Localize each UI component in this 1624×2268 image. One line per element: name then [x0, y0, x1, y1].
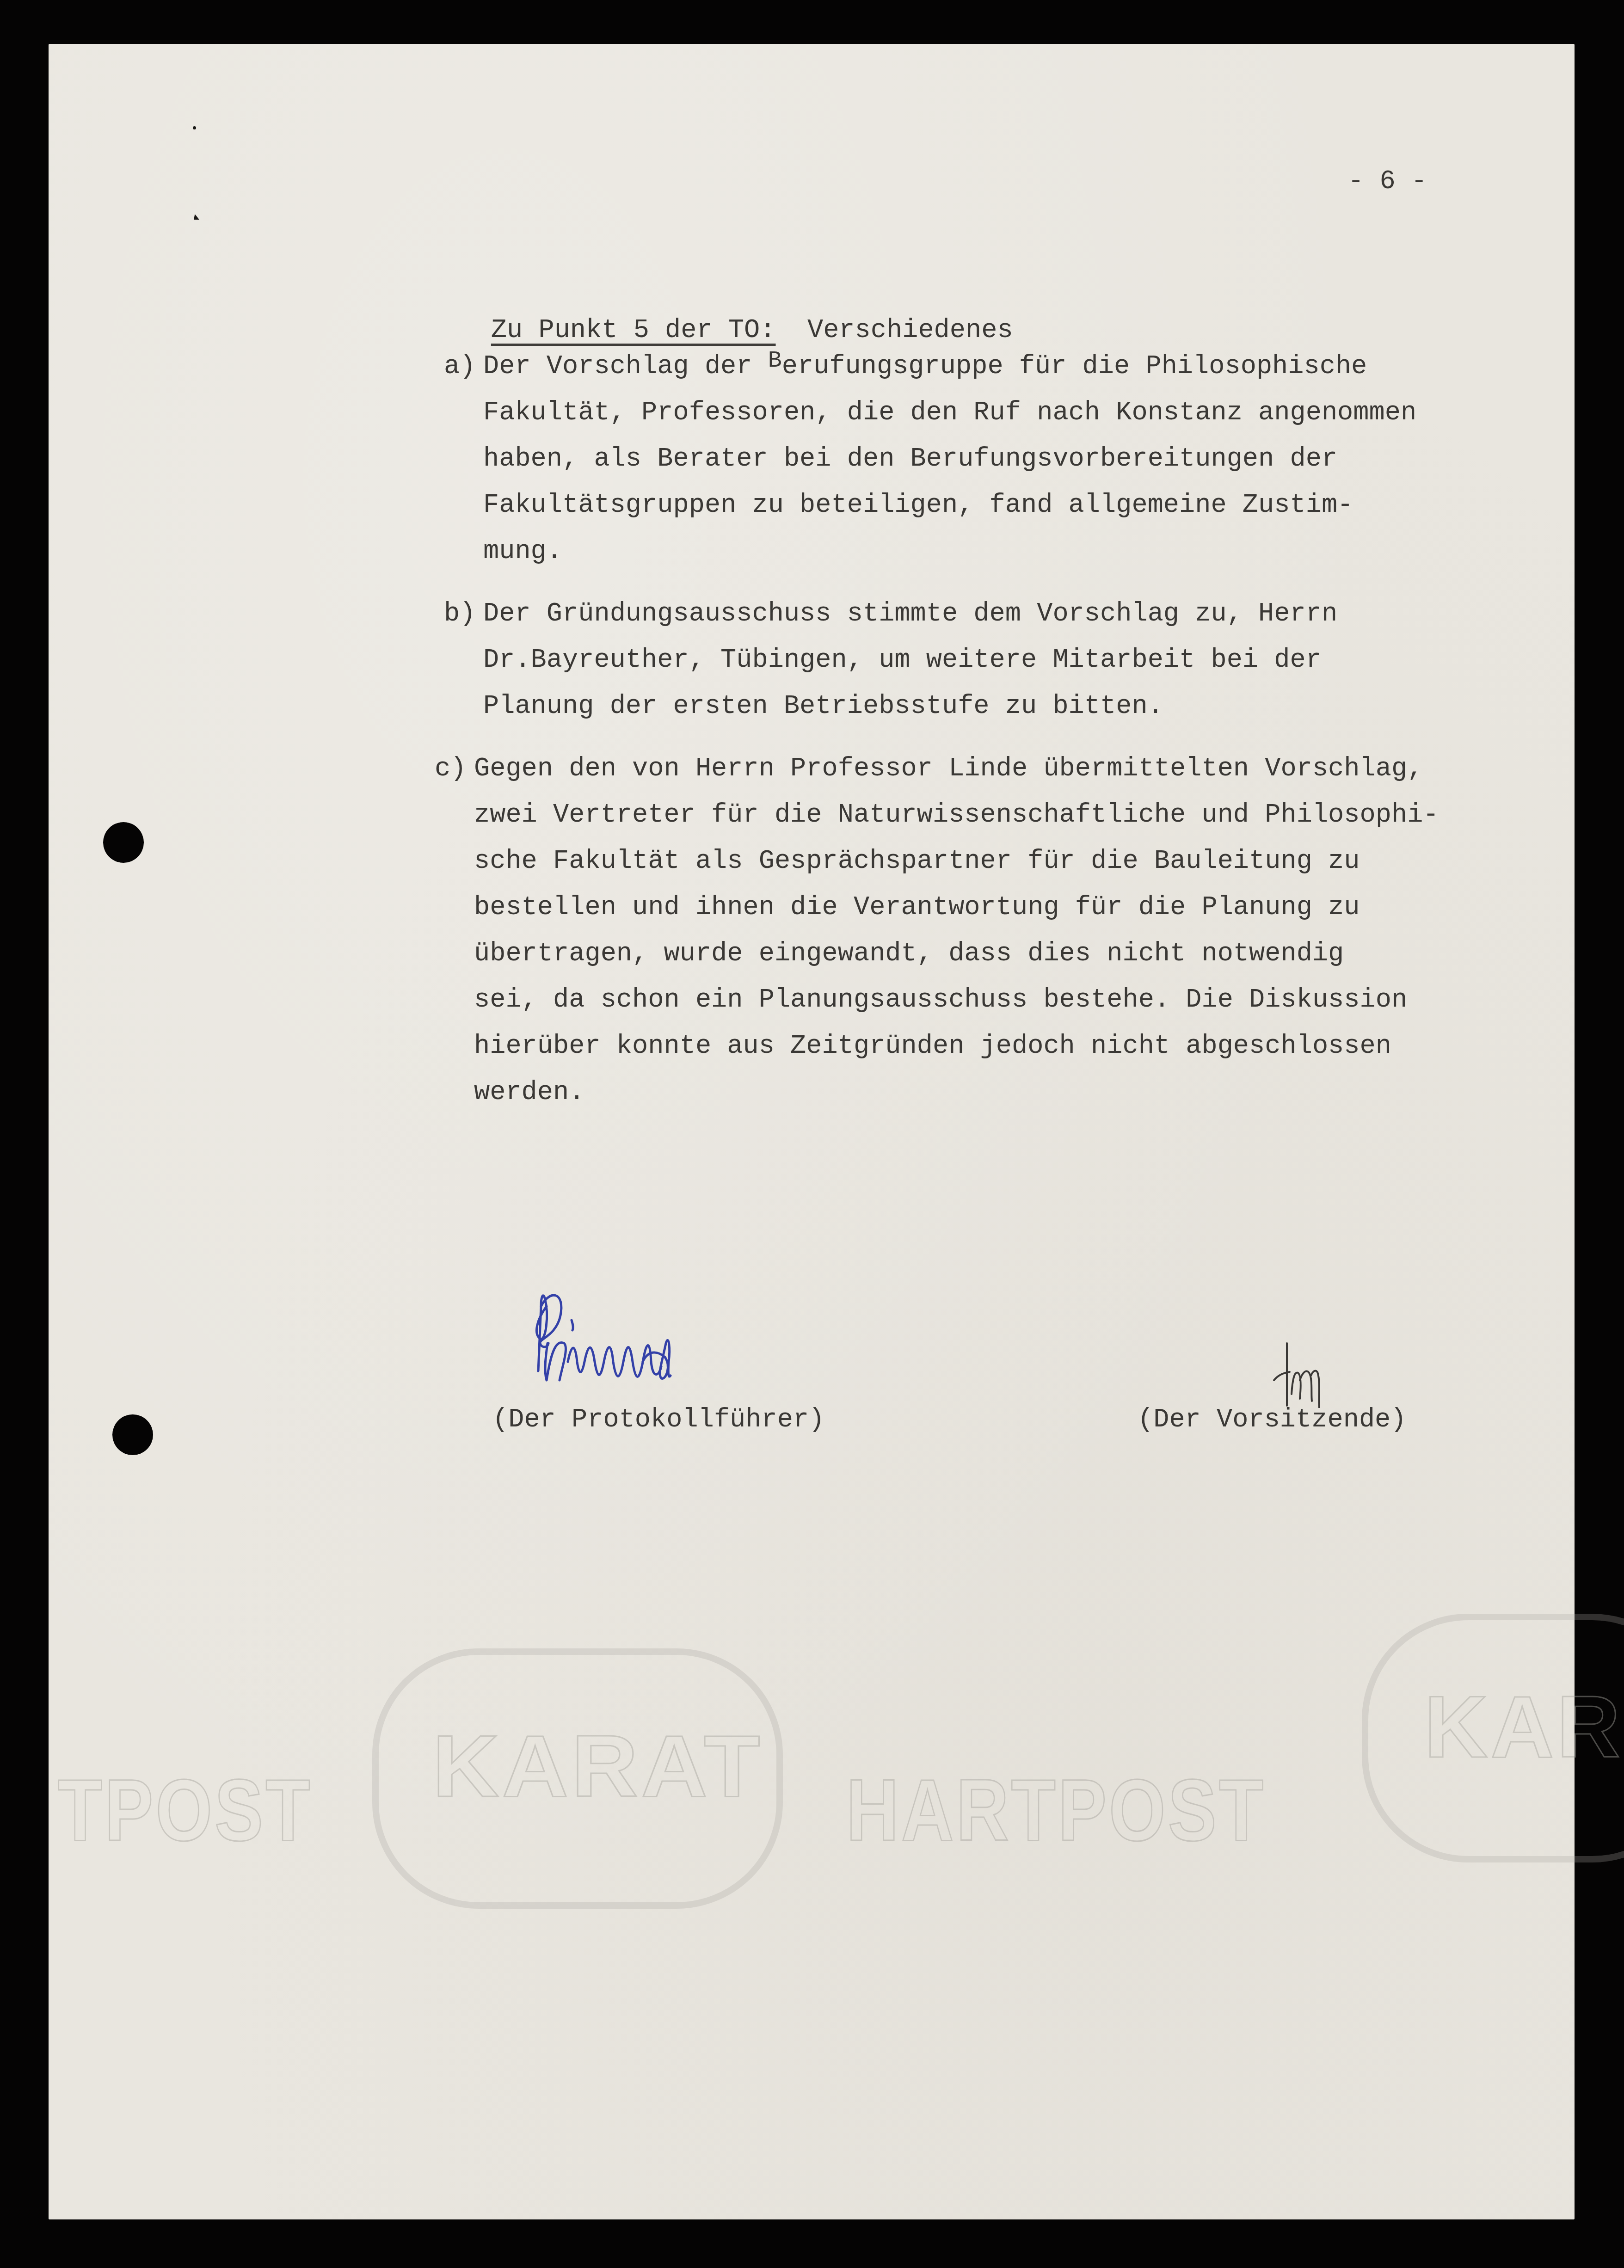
item-line: Fakultätsgruppen zu beteiligen, fand all…	[483, 492, 1353, 519]
item-label: c)	[435, 756, 466, 782]
watermark-product: HARTPOST	[846, 1766, 1266, 1854]
punch-hole-upper	[103, 822, 144, 863]
signature-label-vorsitzender: (Der Vorsitzende)	[1138, 1407, 1407, 1433]
paper-sheet: - 6 - Zu Punkt 5 der TO: Verschiedenes a…	[49, 44, 1575, 2219]
line-text: erufungsgruppe für die Philosophische	[782, 352, 1367, 381]
item-line: Der Vorschlag der Berufungsgruppe für di…	[483, 354, 1367, 381]
raised-letter: B	[768, 348, 782, 374]
page-number: - 6 -	[1348, 169, 1427, 195]
paper-speck	[193, 126, 196, 129]
heading-agenda-point: Zu Punkt 5 der TO:	[491, 316, 776, 345]
signature-protokollfuehrer	[527, 1288, 879, 1394]
signature-vorsitzender	[1265, 1339, 1348, 1408]
item-line: sche Fakultät als Gesprächspartner für d…	[474, 848, 1360, 875]
punch-hole-lower	[112, 1414, 153, 1455]
item-line: Fakultät, Professoren, die den Ruf nach …	[483, 400, 1416, 426]
item-line: übertragen, wurde eingewandt, dass dies …	[474, 941, 1344, 967]
item-line: mung.	[483, 539, 562, 565]
item-line: Planung der ersten Betriebsstufe zu bitt…	[483, 694, 1163, 720]
item-line: hierüber konnte aus Zeitgründen jedoch n…	[474, 1033, 1391, 1060]
watermark-brand: KARAT	[432, 1722, 763, 1810]
item-line: zwei Vertreter für die Naturwissenschaft…	[474, 802, 1439, 829]
item-line: sei, da schon ein Planungsausschuss best…	[474, 987, 1407, 1014]
item-line: bestellen und ihnen die Verantwortung fü…	[474, 895, 1360, 921]
watermark-product-partial: TPOST	[58, 1766, 313, 1854]
line-text: Der Vorschlag der	[483, 352, 768, 381]
signature-label-protokollfuehrer: (Der Protokollführer)	[492, 1407, 824, 1433]
heading-title: Verschiedenes	[807, 316, 1013, 345]
item-label: b)	[444, 601, 475, 627]
watermark-brand-partial: KAR	[1424, 1683, 1623, 1771]
item-label: a)	[444, 354, 475, 380]
item-line: Der Gründungsausschuss stimmte dem Vorsc…	[483, 601, 1337, 627]
item-line: werden.	[474, 1080, 584, 1106]
item-line: Dr.Bayreuther, Tübingen, um weitere Mita…	[483, 647, 1322, 674]
paper-speck	[194, 214, 199, 220]
item-line: haben, als Berater bei den Berufungsvorb…	[483, 446, 1337, 473]
item-line: Gegen den von Herrn Professor Linde über…	[474, 756, 1423, 782]
